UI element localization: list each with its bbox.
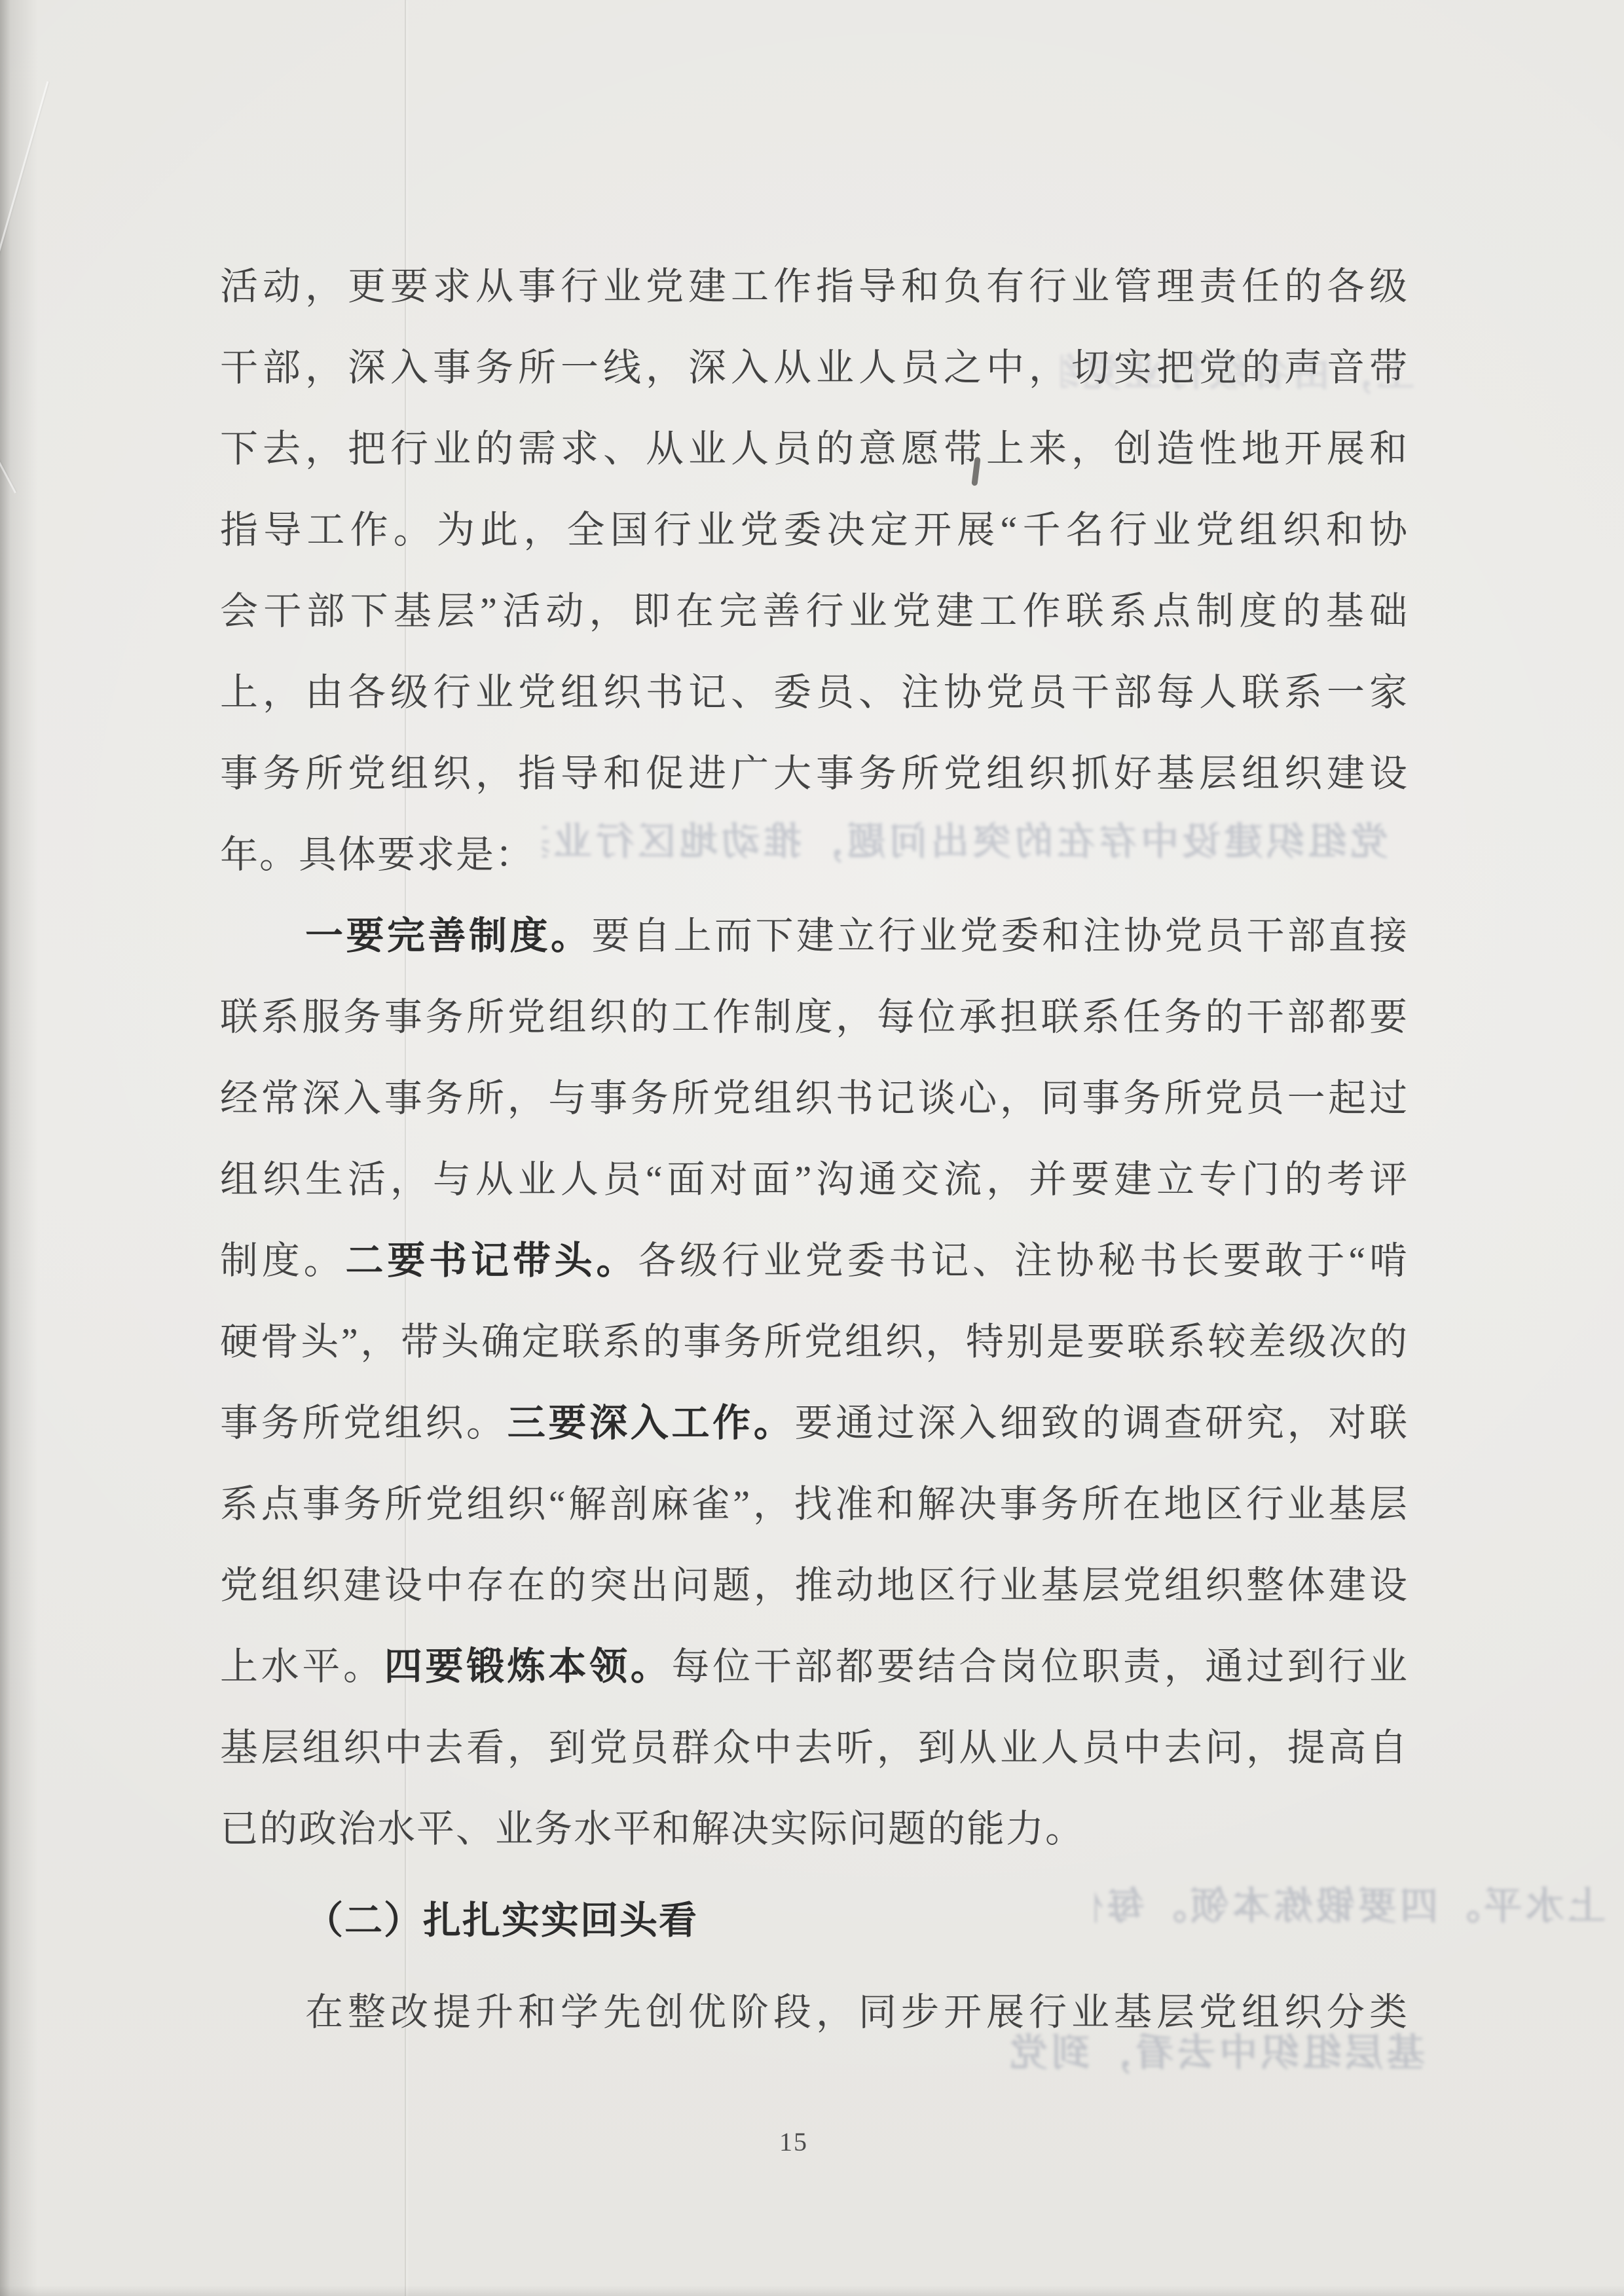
text-line: 系点事务所党组织“解剖麻雀”，找准和解决事务所在地区行业基层 — [220, 1464, 1409, 1545]
text-run: 在整改提升和学先创优阶段，同步开展行业基层党组织分类 — [305, 1991, 1409, 2033]
text-run: 系点事务所党组织“解剖麻雀”，找准和解决事务所在地区行业基层 — [220, 1483, 1409, 1525]
text-run: 下去，把行业的需求、从业人员的意愿带上来，创造性地开展和 — [220, 428, 1409, 470]
document-page: 党组织建设中存在的突出问题，推动地区行业基层党组织整体建设 上，由各级行业党组织… — [0, 0, 1624, 2296]
text-run: 基层组织中去看，到党员群众中去听，到从业人员中去问，提高自 — [220, 1726, 1409, 1769]
text-run: 干部，深入事务所一线，深入从业人员之中，切实把党的声音带 — [220, 346, 1409, 389]
text-line: 党组织建设中存在的突出问题，推动地区行业基层党组织整体建设 — [220, 1545, 1409, 1626]
text-line: 事务所党组织。三要深入工作。要通过深入细致的调查研究，对联 — [220, 1383, 1409, 1464]
text-line: 活动，更要求从事行业党建工作指导和负有行业管理责任的各级 — [220, 246, 1409, 327]
text-block: 活动，更要求从事行业党建工作指导和负有行业管理责任的各级干部，深入事务所一线，深… — [220, 246, 1409, 2053]
text-run: 活动，更要求从事行业党建工作指导和负有行业管理责任的各级 — [220, 265, 1409, 308]
text-line: 在整改提升和学先创优阶段，同步开展行业基层党组织分类 — [220, 1972, 1409, 2053]
text-run: 要通过深入细致的调查研究，对联 — [795, 1402, 1409, 1444]
text-run: 硬骨头”，带头确定联系的事务所党组织，特别是要联系较差级次的 — [220, 1321, 1409, 1363]
section-heading: （二）扎扎实实回头看 — [220, 1880, 1409, 1961]
text-line: 事务所党组织，指导和促进广大事务所党组织抓好基层组织建设 — [220, 733, 1409, 814]
text-run: 上水平。 — [220, 1645, 384, 1688]
scan-edge-shadow-bottom — [0, 2286, 1624, 2296]
text-line: 上水平。四要锻炼本领。每位干部都要结合岗位职责，通过到行业 — [220, 1626, 1409, 1707]
text-line: 年。具体要求是： — [220, 814, 1409, 896]
text-run: 各级行业党委书记、注协秘书长要敢于“啃 — [638, 1239, 1409, 1282]
scan-edge-shadow-left — [0, 0, 46, 2296]
text-line: 已的政治水平、业务水平和解决实际问题的能力。 — [220, 1789, 1409, 1870]
text-line: 一要完善制度。要自上而下建立行业党委和注协党员干部直接 — [220, 896, 1409, 977]
text-run: 事务所党组织。 — [220, 1402, 507, 1444]
bold-run: 三要深入工作。 — [507, 1402, 795, 1444]
text-line: 基层组织中去看，到党员群众中去听，到从业人员中去问，提高自 — [220, 1707, 1409, 1789]
text-run: 经常深入事务所，与事务所党组织书记谈心，同事务所党员一起过 — [220, 1077, 1409, 1120]
bold-run: 四要锻炼本领。 — [384, 1645, 672, 1688]
bold-run: 二要书记带头。 — [346, 1239, 638, 1282]
text-line: 经常深入事务所，与事务所党组织书记谈心，同事务所党员一起过 — [220, 1058, 1409, 1139]
text-run: 要自上而下建立行业党委和注协党员干部直接 — [592, 915, 1409, 957]
text-line: 组织生活，与从业人员“面对面”沟通交流，并要建立专门的考评 — [220, 1139, 1409, 1220]
text-run: 联系服务事务所党组织的工作制度，每位承担联系任务的干部都要 — [220, 996, 1409, 1038]
bold-run: （二）扎扎实实回头看 — [305, 1899, 698, 1942]
text-run: 组织生活，与从业人员“面对面”沟通交流，并要建立专门的考评 — [220, 1158, 1409, 1201]
text-line: 上，由各级行业党组织书记、委员、注协党员干部每人联系一家 — [220, 652, 1409, 733]
text-run: 每位干部都要结合岗位职责，通过到行业 — [671, 1645, 1409, 1688]
text-run: 年。具体要求是： — [220, 833, 534, 876]
page-number: 15 — [0, 2126, 1606, 2157]
text-run: 事务所党组织，指导和促进广大事务所党组织抓好基层组织建设 — [220, 752, 1409, 795]
text-line: 下去，把行业的需求、从业人员的意愿带上来，创造性地开展和 — [220, 409, 1409, 490]
bold-run: 一要完善制度。 — [305, 915, 592, 957]
text-line: 干部，深入事务所一线，深入从业人员之中，切实把党的声音带 — [220, 327, 1409, 409]
text-line: 硬骨头”，带头确定联系的事务所党组织，特别是要联系较差级次的 — [220, 1302, 1409, 1383]
text-line: 指导工作。为此，全国行业党委决定开展“千名行业党组织和协 — [220, 490, 1409, 571]
text-run: 党组织建设中存在的突出问题，推动地区行业基层党组织整体建设 — [220, 1564, 1409, 1607]
text-line: 会干部下基层”活动，即在完善行业党建工作联系点制度的基础 — [220, 571, 1409, 652]
text-run: 制度。 — [220, 1239, 346, 1282]
text-run: 会干部下基层”活动，即在完善行业党建工作联系点制度的基础 — [220, 590, 1409, 632]
text-line: 制度。二要书记带头。各级行业党委书记、注协秘书长要敢于“啃 — [220, 1220, 1409, 1302]
text-run: 指导工作。为此，全国行业党委决定开展“千名行业党组织和协 — [220, 509, 1409, 551]
text-run: 上，由各级行业党组织书记、委员、注协党员干部每人联系一家 — [220, 671, 1409, 714]
text-run: 已的政治水平、业务水平和解决实际问题的能力。 — [220, 1808, 1084, 1850]
text-line: 联系服务事务所党组织的工作制度，每位承担联系任务的干部都要 — [220, 977, 1409, 1058]
